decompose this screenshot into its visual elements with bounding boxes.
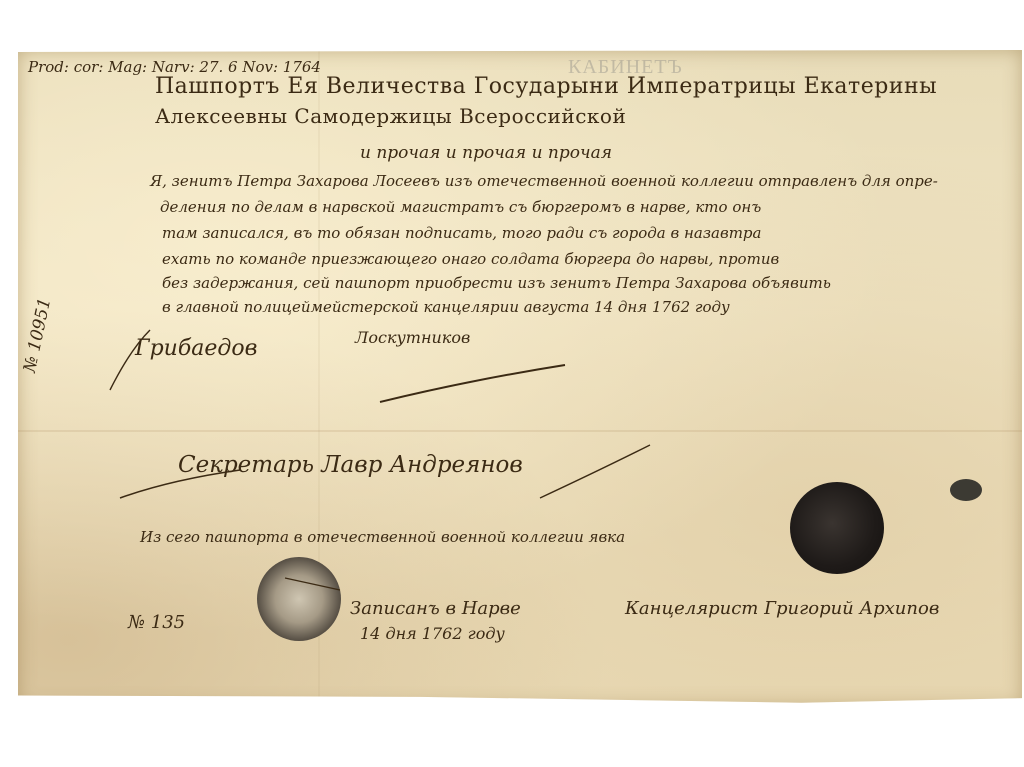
pen-flourishes [0,0,1024,767]
